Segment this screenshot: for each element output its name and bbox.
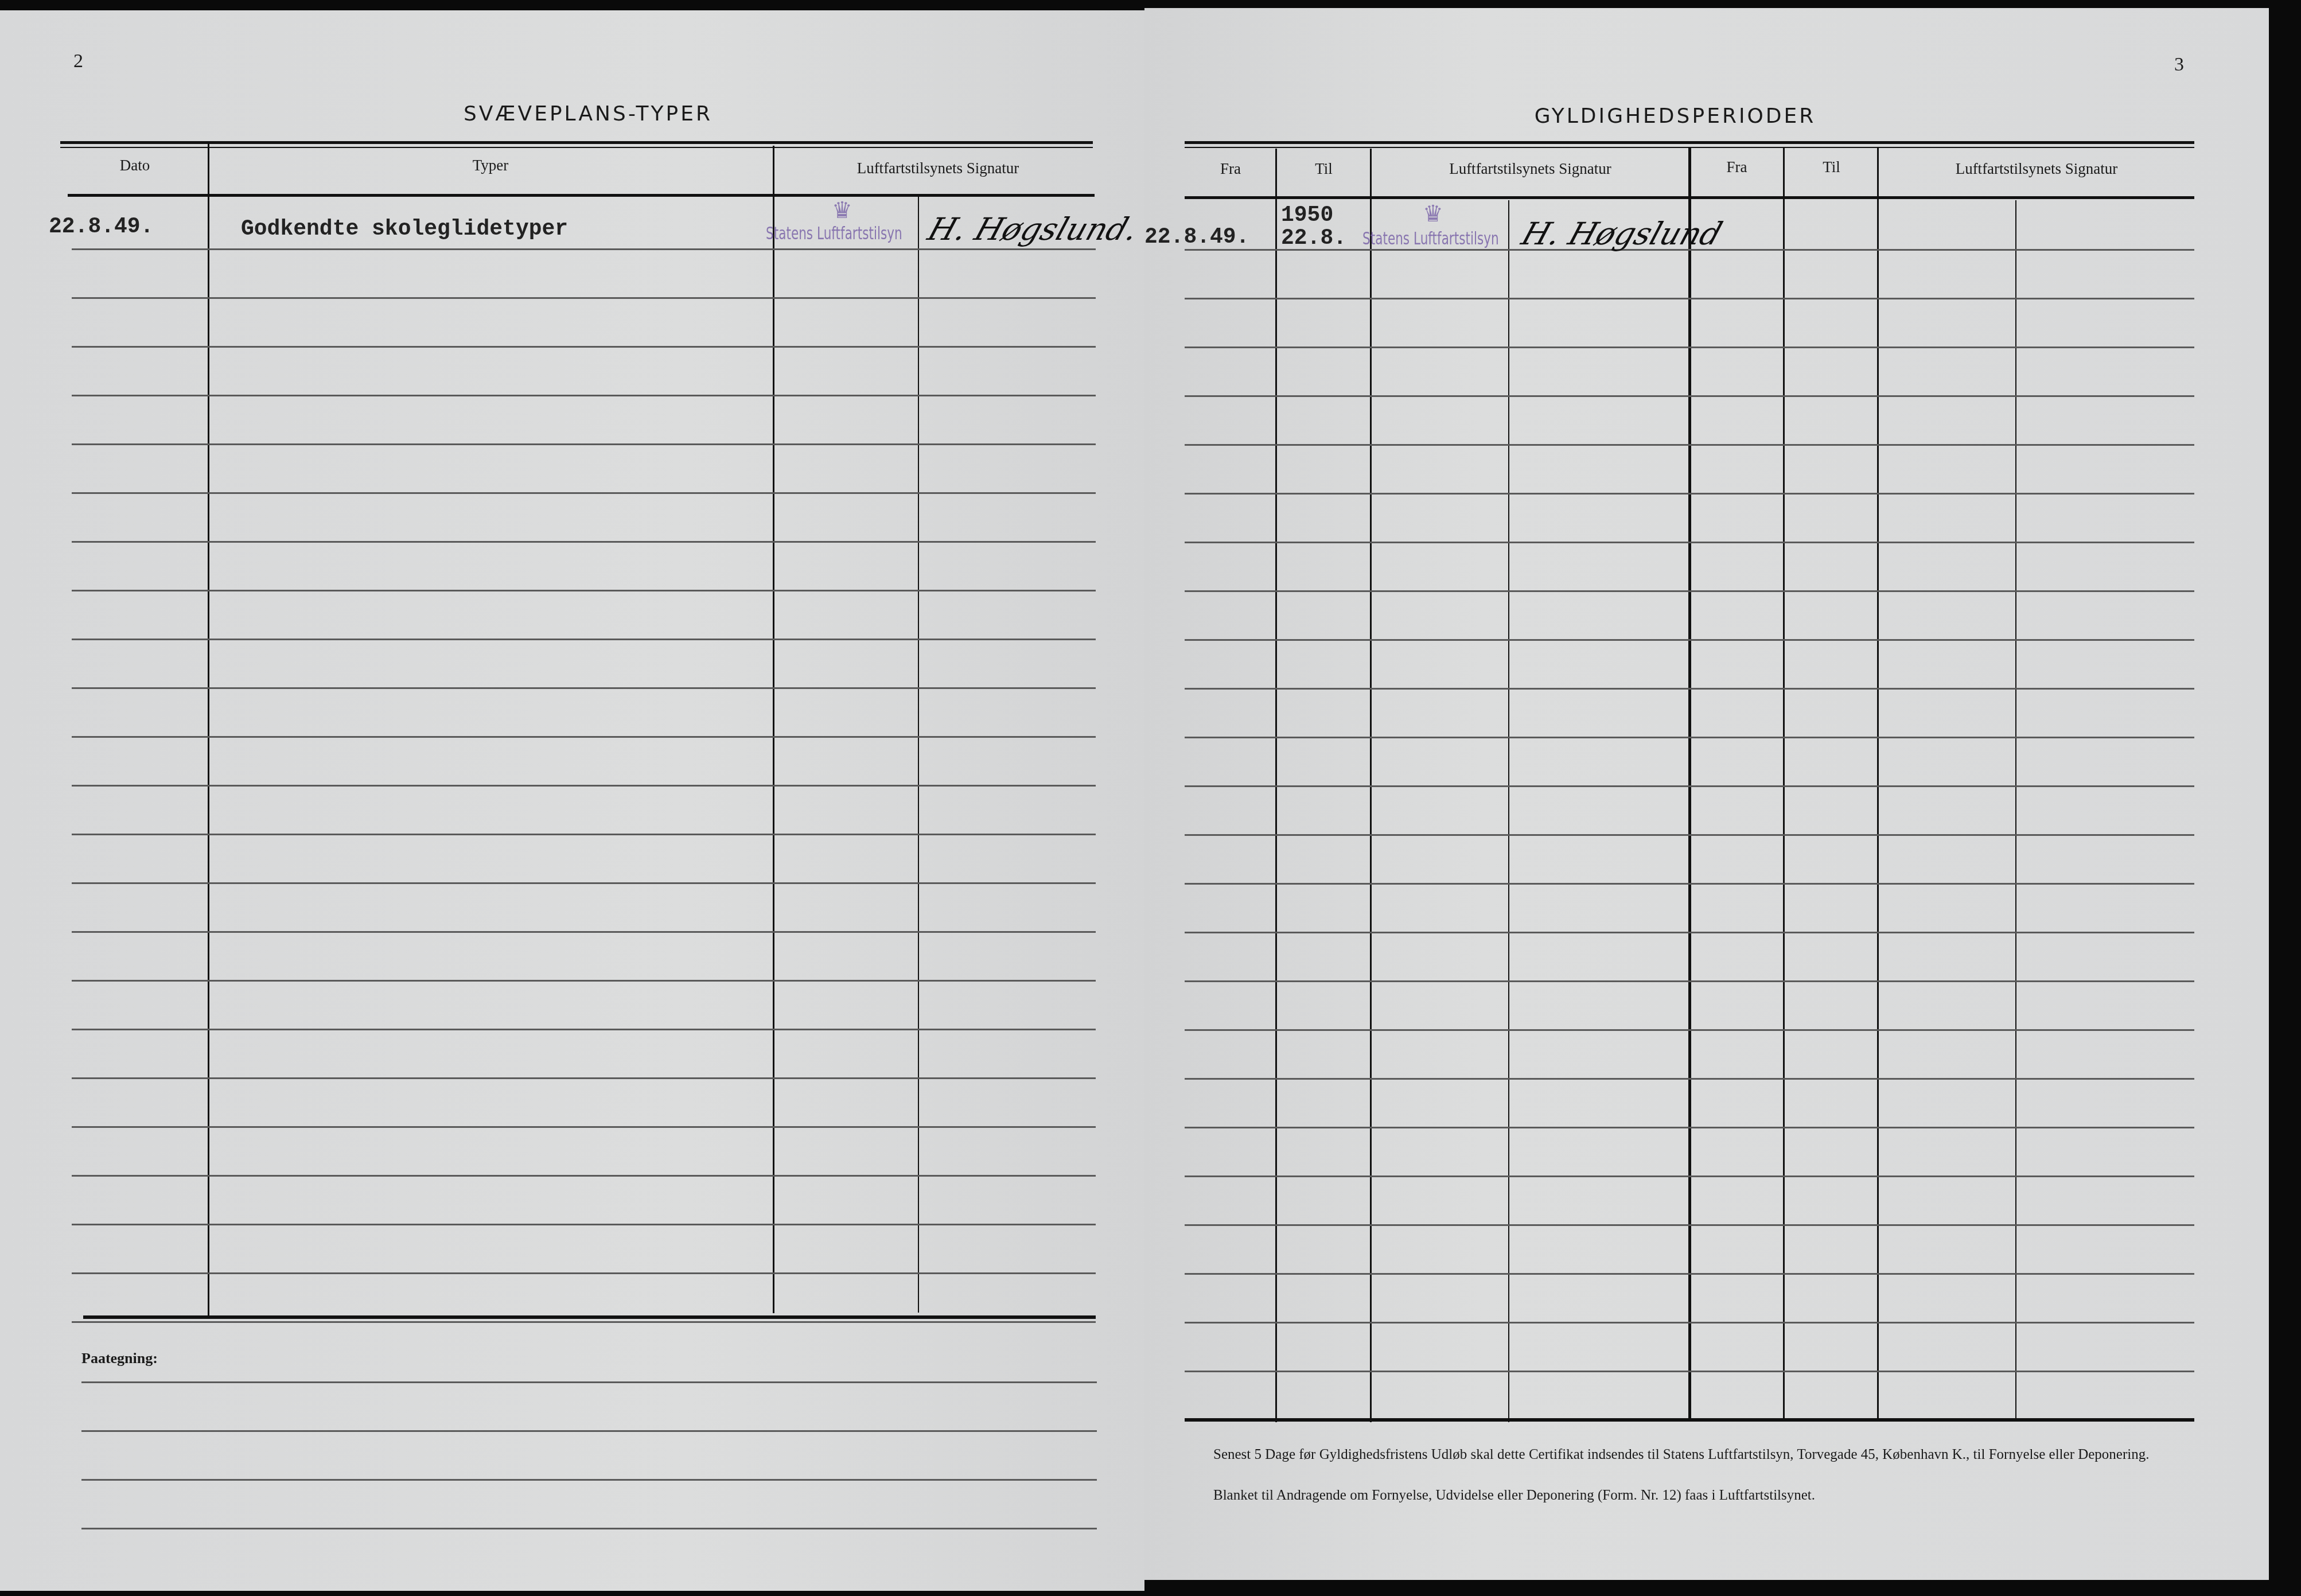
row-rule	[1185, 737, 2194, 738]
section-title: GYLDIGHEDSPERIODER	[1431, 104, 1919, 128]
row-rule	[72, 590, 1096, 591]
col-header-signatur: Luftfartstilsynets Signatur	[774, 159, 1101, 177]
row-rule	[72, 248, 1096, 250]
col-header-til-2: Til	[1784, 158, 1879, 176]
top-rule-thin	[60, 147, 1093, 148]
col-divider-main	[1688, 147, 1691, 1420]
official-stamp: Statens Luftfartstilsyn	[766, 224, 902, 244]
top-rule	[1185, 141, 2194, 144]
page-number: 2	[73, 50, 83, 72]
signature: H. Høgslund	[1517, 216, 1727, 252]
row-rule	[72, 931, 1096, 933]
row-rule	[72, 980, 1096, 982]
left-page: 2 SVÆVEPLANS-TYPER Dato Typer Luftfartst…	[0, 10, 1144, 1591]
row-rule	[1185, 1273, 2194, 1275]
col-divider	[208, 143, 209, 1317]
row-rule	[72, 541, 1096, 543]
row-rule	[72, 1224, 1096, 1225]
row-rule	[1185, 444, 2194, 446]
top-rule	[60, 141, 1093, 144]
note-line	[81, 1479, 1097, 1481]
notice-line-3: Blanket til Andragende om Fornyelse, Udv…	[1213, 1486, 2189, 1505]
row-rule	[1185, 1029, 2194, 1031]
entry-dato: 22.8.49.	[49, 215, 153, 239]
section-title: SVÆVEPLANS-TYPER	[344, 102, 832, 126]
row-rule	[72, 297, 1096, 299]
row-rule	[1185, 1322, 2194, 1323]
row-rule	[72, 1272, 1096, 1274]
col-header-typer: Typer	[212, 157, 769, 174]
row-rule	[1185, 1175, 2194, 1177]
right-page: 3 GYLDIGHEDSPERIODER Fra Til Luftfartsti…	[1144, 8, 2269, 1580]
row-rule	[72, 834, 1096, 835]
row-rule	[72, 1175, 1096, 1177]
notice-line-1: Senest 5 Dage før Gyldighedsfristens Udl…	[1213, 1447, 1969, 1462]
notice-text: Senest 5 Dage før Gyldighedsfristens Udl…	[1185, 1445, 2206, 1465]
row-rule	[72, 687, 1096, 689]
row-rule	[1185, 639, 2194, 641]
col-divider	[2015, 200, 2016, 1419]
col-header-signatur-2: Luftfartstilsynets Signatur	[1879, 160, 2194, 178]
paategning-label: Paategning:	[81, 1350, 158, 1367]
row-rule	[1185, 1224, 2194, 1226]
col-header-fra-2: Fra	[1689, 158, 1784, 176]
row-rule	[1185, 785, 2194, 787]
col-divider	[773, 146, 774, 1313]
row-rule	[1185, 1078, 2194, 1080]
row-rule	[1185, 980, 2194, 982]
row-rule	[1185, 542, 2194, 543]
col-header-signatur: Luftfartstilsynets Signatur	[1371, 160, 1689, 178]
col-header-til: Til	[1276, 160, 1371, 178]
entry-til: 22.8.	[1281, 226, 1346, 251]
row-rule	[72, 1029, 1096, 1030]
note-line	[81, 1381, 1097, 1383]
header-rule	[68, 194, 1095, 197]
row-rule	[1185, 347, 2194, 348]
col-header-dato: Dato	[69, 157, 201, 174]
row-rule	[1185, 932, 2194, 933]
row-rule	[72, 443, 1096, 445]
row-rule	[72, 1126, 1096, 1128]
note-line	[81, 1528, 1097, 1529]
col-divider	[1508, 200, 1509, 1422]
row-rule	[1185, 1127, 2194, 1128]
row-rule	[72, 882, 1096, 884]
entry-typer: Godkendte skoleglidetyper	[241, 217, 568, 242]
col-divider	[1783, 147, 1785, 1420]
row-rule	[1185, 395, 2194, 397]
row-rule	[1185, 1371, 2194, 1372]
row-rule	[72, 492, 1096, 494]
row-rule	[72, 1077, 1096, 1079]
entry-til-year: 1950	[1281, 203, 1333, 228]
row-rule	[1185, 688, 2194, 690]
row-rule	[72, 395, 1096, 396]
row-rule	[1185, 834, 2194, 836]
page-number: 3	[2174, 54, 2184, 76]
row-rule	[1185, 298, 2194, 299]
row-rule	[1185, 883, 2194, 885]
row-rule	[72, 346, 1096, 348]
crown-icon: ♛	[832, 197, 852, 224]
col-divider	[918, 197, 919, 1313]
official-stamp: Statens Luftfartstilsyn	[1362, 229, 1499, 249]
signature: H. Høgslund.	[924, 211, 1143, 247]
row-rule	[72, 785, 1096, 787]
notice-line-2: til Fornyelse eller Deponering.	[1973, 1447, 2150, 1462]
row-rule	[1185, 590, 2194, 592]
row-rule	[72, 1321, 1096, 1323]
row-rule	[72, 639, 1096, 640]
row-rule	[72, 736, 1096, 738]
table-bottom-rule	[1185, 1418, 2194, 1422]
row-rule	[1185, 493, 2194, 495]
crown-icon: ♛	[1423, 200, 1443, 227]
entry-fra: 22.8.49.	[1144, 225, 1249, 250]
table-bottom-rule	[83, 1315, 1096, 1319]
note-line	[81, 1430, 1097, 1432]
col-header-fra: Fra	[1185, 160, 1276, 178]
col-divider	[1877, 147, 1879, 1420]
